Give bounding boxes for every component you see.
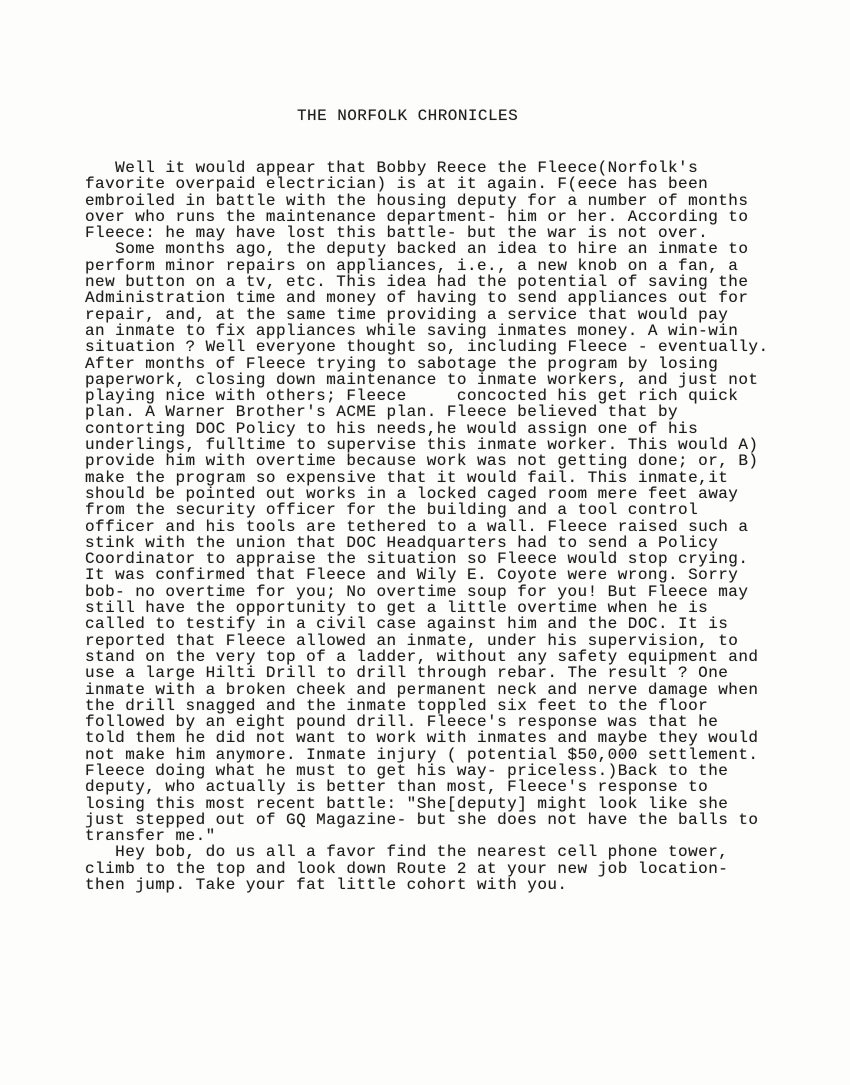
- document-title: THE NORFOLK CHRONICLES: [297, 108, 518, 125]
- document-body-text: Well it would appear that Bobby Reece th…: [85, 160, 769, 893]
- scanned-document-page: THE NORFOLK CHRONICLES Well it would app…: [0, 0, 850, 1085]
